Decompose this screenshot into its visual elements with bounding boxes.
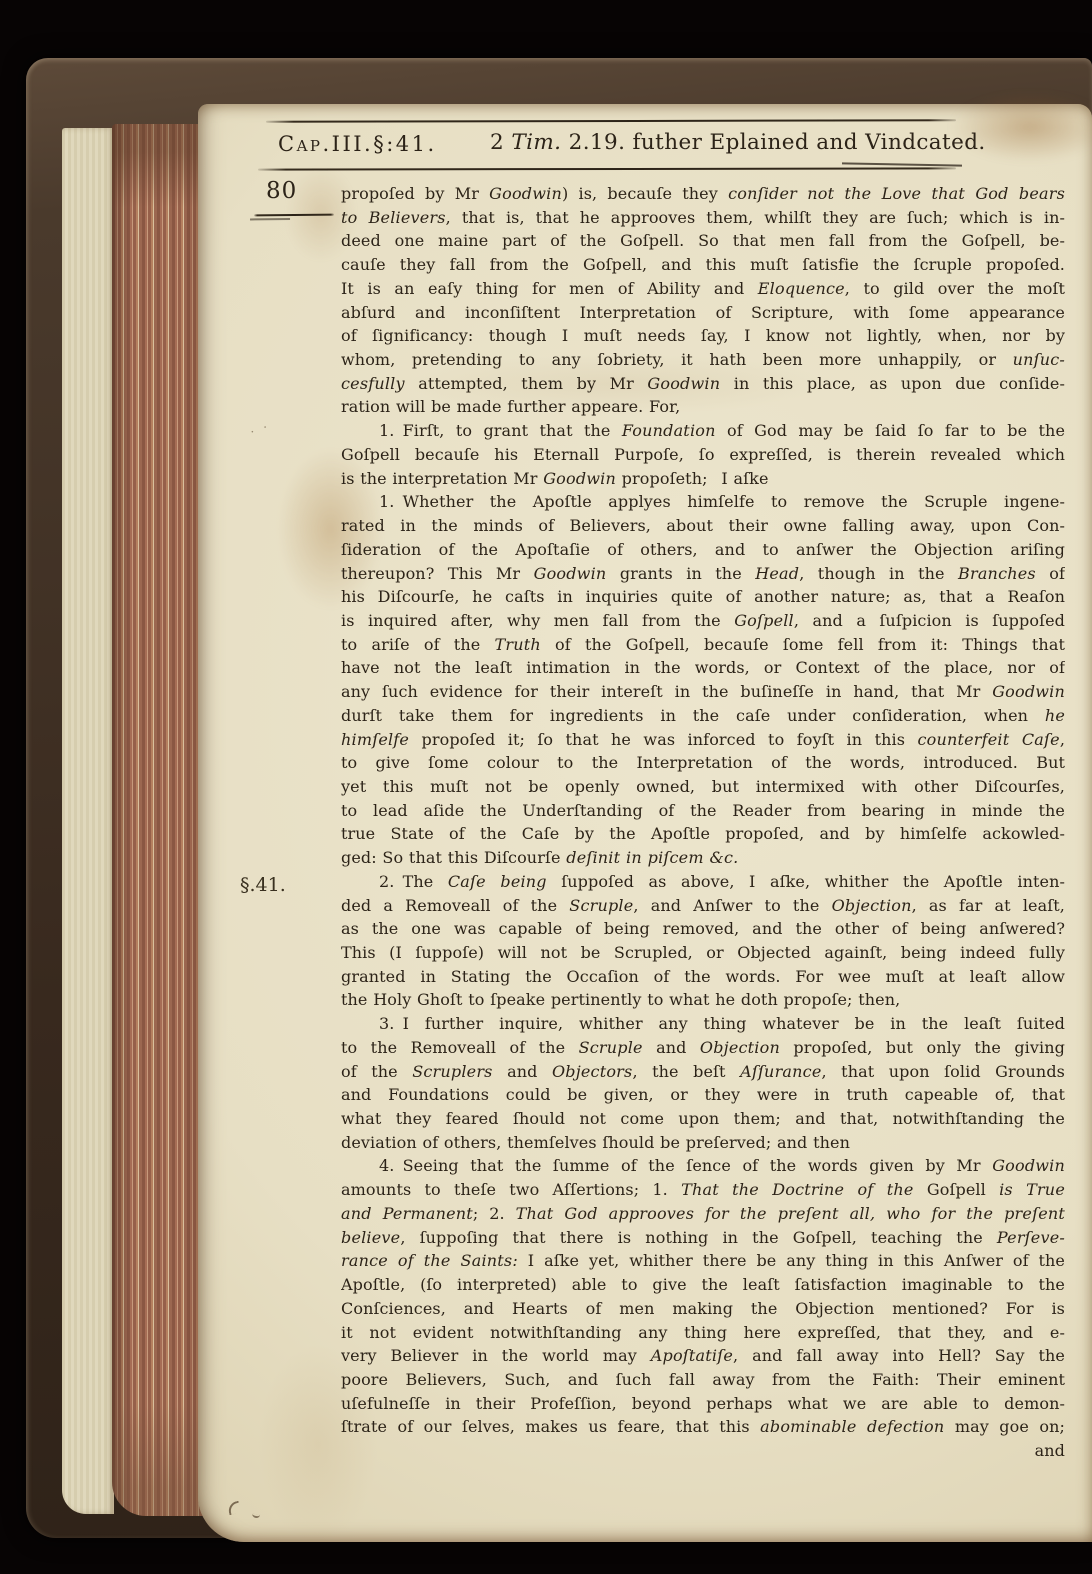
handwritten-ink-mark (228, 1500, 274, 1524)
text-line: what they feared ſhould not come upon th… (341, 1107, 1065, 1131)
text-line: the Holy Ghoſt to ſpeake pertinently to … (341, 988, 1065, 1012)
text-line: to ariſe of the Truth of the Goſpell, be… (341, 633, 1065, 657)
text-line: very Believer in the world may Apoſtatiſ… (341, 1344, 1065, 1368)
text-line: uſefulneſſe in their Profeſſion, beyond … (341, 1392, 1065, 1416)
running-head-rule-top (266, 119, 956, 122)
page-number-rule (254, 214, 334, 217)
text-line: 2. The Caſe being ſuppoſed as above, I a… (341, 870, 1065, 894)
book-page-fore-edges (112, 124, 205, 1516)
text-line: Goſpell becauſe his Eternall Purpoſe, ſo… (341, 443, 1065, 467)
running-head-rule-bottom (258, 167, 956, 170)
chapter-label: Cap.III.§:41. (278, 132, 437, 156)
body-text: propoſed by Mr Goodwin) is, becauſe they… (341, 182, 1065, 1463)
heading-number: 2 (490, 130, 511, 155)
margin-section-note: §.41. (240, 874, 286, 896)
text-line: propoſed by Mr Goodwin) is, becauſe they… (341, 182, 1065, 206)
text-line: is the interpretation Mr Goodwin propoſe… (341, 467, 1065, 491)
text-line: deviation of others, themſelves ſhould b… (341, 1131, 1065, 1155)
text-line: ſtrate of our ſelves, makes us feare, th… (341, 1415, 1065, 1439)
heading-book-name: Tim. (511, 130, 561, 155)
text-line: himſelfe propoſed it; ſo that he was inf… (341, 728, 1065, 752)
text-line: his Diſcourſe, he caſts in inquiries qui… (341, 585, 1065, 609)
text-line: it not evident notwithſtanding any thing… (341, 1321, 1065, 1345)
book-page: Cap.III.§:41. 2 Tim. 2.19. futher Eplain… (198, 104, 1092, 1542)
text-line: believe, ſuppoſing that there is nothing… (341, 1226, 1065, 1250)
text-line: 1. Whether the Apoſtle applyes himſelfe … (341, 490, 1065, 514)
text-line: any ſuch evidence for their intereſt in … (341, 680, 1065, 704)
text-line: amounts to theſe two Aſſertions; 1. That… (341, 1178, 1065, 1202)
text-line: granted in Stating the Occaſion of the w… (341, 965, 1065, 989)
text-line: Conſciences, and Hearts of men making th… (341, 1297, 1065, 1321)
heading-rest: 2.19. futher Eplained and Vindcated. (561, 130, 985, 155)
text-line: ded a Removeall of the Scruple, and Anſw… (341, 894, 1065, 918)
text-line: and Foundations could be given, or they … (341, 1083, 1065, 1107)
text-line: of ſignificancy: though I muſt needs ſay… (341, 324, 1065, 348)
catchword: and (341, 1439, 1065, 1463)
text-line: deed one maine part of the Goſpell. So t… (341, 229, 1065, 253)
text-line: ged: So that this Diſcourſe deſinit in p… (341, 846, 1065, 870)
running-head: Cap.III.§:41. 2 Tim. 2.19. futher Eplain… (198, 128, 1092, 166)
text-line: thereupon? This Mr Goodwin grants in the… (341, 562, 1065, 586)
text-line: durſt take them for ingredients in the c… (341, 704, 1065, 728)
margin-ink-specks: · · (248, 419, 272, 439)
text-line: to the Removeall of the Scruple and Obje… (341, 1036, 1065, 1060)
text-line: ration will be made further appeare. For… (341, 395, 1065, 419)
text-line: true State of the Caſe by the Apoſtle pr… (341, 822, 1065, 846)
text-line: 1. Firſt, to grant that the Foundation o… (341, 419, 1065, 443)
page-number: 80 (266, 178, 297, 204)
text-line: This (I ſuppoſe) will not be Scrupled, o… (341, 941, 1065, 965)
text-line: to Believers, that is, that he approoves… (341, 206, 1065, 230)
text-line: rated in the minds of Believers, about t… (341, 514, 1065, 538)
text-line: ſideration of the Apoſtaſie of others, a… (341, 538, 1065, 562)
text-line: to give ſome colour to the Interpretatio… (341, 751, 1065, 775)
text-line: It is an eaſy thing for men of Ability a… (341, 277, 1065, 301)
page-heading: 2 Tim. 2.19. futher Eplained and Vindcat… (490, 130, 986, 155)
text-line: to lead aſide the Underſtanding of the R… (341, 799, 1065, 823)
book-photograph: Cap.III.§:41. 2 Tim. 2.19. futher Eplain… (0, 0, 1092, 1574)
text-line: 3. I further inquire, whither any thing … (341, 1012, 1065, 1036)
text-line: rance of the Saints: I aſke yet, whither… (341, 1249, 1065, 1273)
text-line: is inquired after, why men fall from the… (341, 609, 1065, 633)
text-line: 4. Seeing that the ſumme of the ſence of… (341, 1154, 1065, 1178)
text-line: whom, pretending to any ſobriety, it hat… (341, 348, 1065, 372)
text-line: Apoſtle, (ſo interpreted) able to give t… (341, 1273, 1065, 1297)
text-line: cauſe they fall from the Goſpell, and th… (341, 253, 1065, 277)
book-endpaper-edge (62, 128, 114, 1514)
text-line: and Permanent; 2. That God approoves for… (341, 1202, 1065, 1226)
text-line: poore Believers, Such, and ſuch fall awa… (341, 1368, 1065, 1392)
text-line: cesfully attempted, them by Mr Goodwin i… (341, 372, 1065, 396)
text-line: of the Scruplers and Objectors, the beſt… (341, 1060, 1065, 1084)
text-line: abſurd and inconſiſtent Interpretation o… (341, 301, 1065, 325)
text-line: have not the leaſt intimation in the wor… (341, 656, 1065, 680)
text-line: as the one was capable of being removed,… (341, 917, 1065, 941)
text-line: yet this muſt not be openly owned, but i… (341, 775, 1065, 799)
